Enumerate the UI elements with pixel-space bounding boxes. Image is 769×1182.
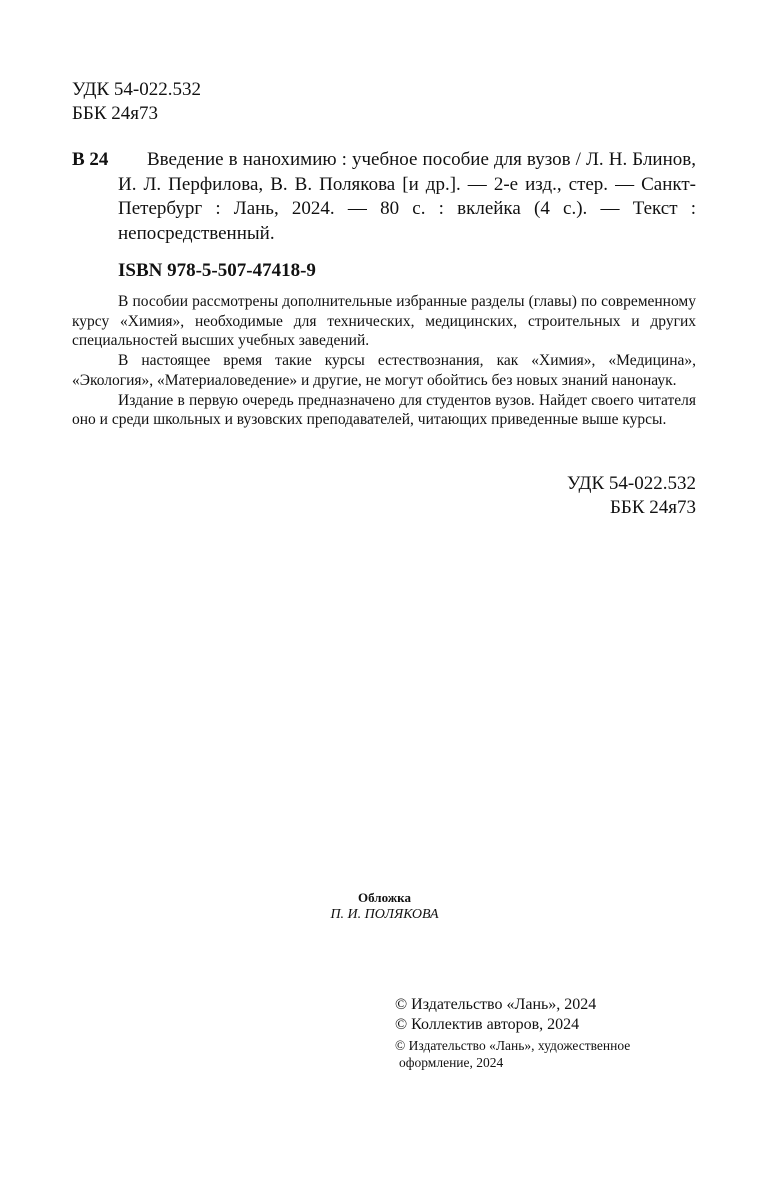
udk-code: УДК 54-022.532 [567, 472, 696, 496]
author-mark: В 24 [72, 148, 108, 173]
abstract: В пособии рассмотрены дополнительные изб… [72, 292, 696, 430]
copyright-design: © Издательство «Лань», художественное оф… [395, 1037, 630, 1071]
copyright-design-line-2: оформление, 2024 [395, 1054, 630, 1071]
imprint-page: УДК 54-022.532 ББК 24я73 В 24 Введение в… [0, 0, 769, 1182]
classification-codes-bottom: УДК 54-022.532 ББК 24я73 [567, 472, 696, 520]
abstract-paragraph: Издание в первую очередь предназначено д… [72, 391, 696, 430]
abstract-paragraph: В пособии рассмотрены дополнительные изб… [72, 292, 696, 351]
copyright-block: © Издательство «Лань», 2024 © Коллектив … [395, 995, 630, 1071]
copyright-publisher: © Издательство «Лань», 2024 [395, 995, 630, 1015]
classification-codes-top: УДК 54-022.532 ББК 24я73 [72, 78, 201, 126]
bibliographic-entry: Введение в нанохимию : учебное пособие д… [118, 148, 696, 246]
bbk-code: ББК 24я73 [567, 496, 696, 520]
udk-code: УДК 54-022.532 [72, 78, 201, 102]
cover-label: Обложка [0, 890, 769, 906]
copyright-design-line-1: © Издательство «Лань», художественное [395, 1038, 630, 1053]
bibliographic-record: В 24 Введение в нанохимию : учебное посо… [72, 148, 696, 246]
bbk-code: ББК 24я73 [72, 102, 201, 126]
cover-credit: Обложка П. И. ПОЛЯКОВА [0, 890, 769, 924]
cover-artist: П. И. ПОЛЯКОВА [0, 906, 769, 924]
copyright-authors: © Коллектив авторов, 2024 [395, 1015, 630, 1035]
abstract-paragraph: В настоящее время такие курсы естествозн… [72, 351, 696, 390]
isbn: ISBN 978-5-507-47418-9 [118, 259, 316, 283]
